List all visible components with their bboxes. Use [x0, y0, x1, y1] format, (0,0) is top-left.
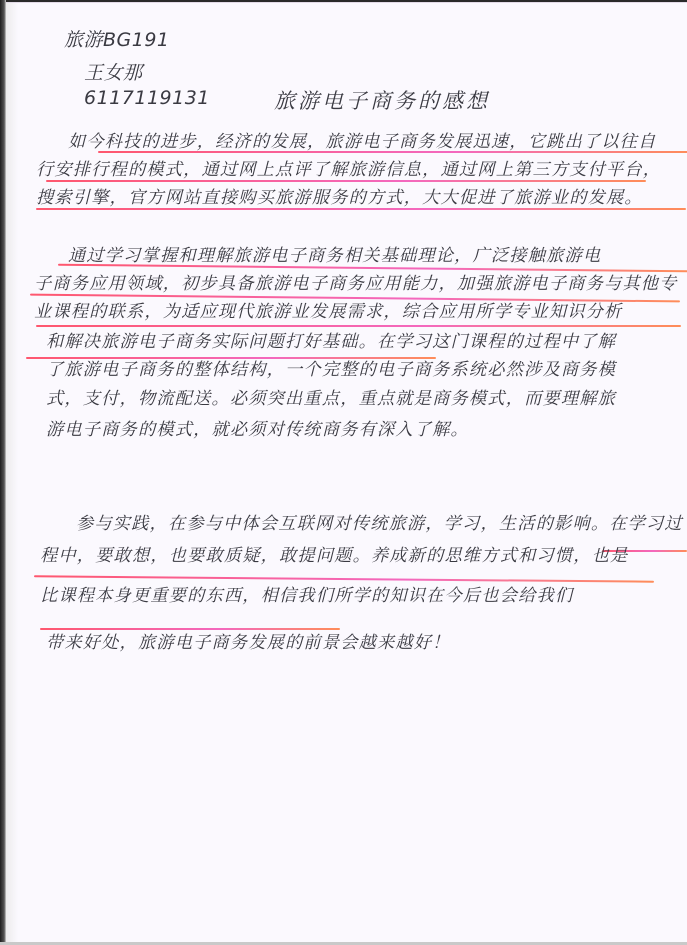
essay-line-2: 行安排行程的模式，通过网上点评了解旅游信息，通过网上第三方支付平台， [36, 155, 661, 180]
essay-line-13: 比课程本身更重要的东西，相信我们所学的知识在今后也会给我们 [40, 581, 573, 606]
essay-line-3: 搜索引擎，官方网站直接购买旅游服务的方式，大大促进了旅游业的发展。 [36, 183, 643, 208]
student-name: 王女那 [84, 58, 143, 85]
essay-line-1: 如今科技的进步，经济的发展，旅游电子商务发展迅速，它跳出了以往自 [68, 127, 656, 152]
class-id: 旅游BG191 [64, 25, 170, 52]
student-id: 6117119131 [84, 87, 210, 109]
essay-line-14: 带来好处，旅游电子商务发展的前景会越来越好！ [46, 628, 451, 653]
essay-title: 旅游电子商务的感想 [274, 85, 490, 115]
underline-1 [98, 151, 687, 153]
underline-2 [46, 180, 646, 182]
paper-shadow [6, 3, 18, 944]
underline-3 [36, 208, 686, 210]
handwritten-page: 旅游BG191 王女那 6117119131 旅游电子商务的感想 如今科技的进步… [6, 2, 687, 944]
essay-line-6: 业课程的联系，为适应现代旅游业发展需求，综合应用所学专业知识分析 [34, 297, 622, 322]
essay-line-10: 游电子商务的模式，就必须对传统商务有深入了解。 [46, 415, 469, 440]
essay-line-4: 通过学习掌握和理解旅游电子商务相关基础理论，广泛接触旅游电 [68, 241, 601, 266]
essay-line-12: 程中，要敢想，也要敢质疑，敢提问题。养成新的思维方式和习惯，也是 [40, 541, 628, 566]
essay-line-9: 式，支付，物流配送。必须突出重点，重点就是商务模式，而要理解旅 [46, 384, 616, 409]
essay-line-5: 子商务应用领域，初步具备旅游电子商务应用能力，加强旅游电子商务与其他专 [34, 269, 678, 294]
essay-line-11: 参与实践，在参与中体会互联网对传统旅游，学习，生活的影响。在学习过 [76, 509, 683, 534]
essay-line-8: 了旅游电子商务的整体结构，一个完整的电子商务系统必然涉及商务模 [46, 355, 616, 380]
essay-line-7: 和解决旅游电子商务实际问题打好基础。在学习这门课程的过程中了解 [46, 327, 616, 352]
